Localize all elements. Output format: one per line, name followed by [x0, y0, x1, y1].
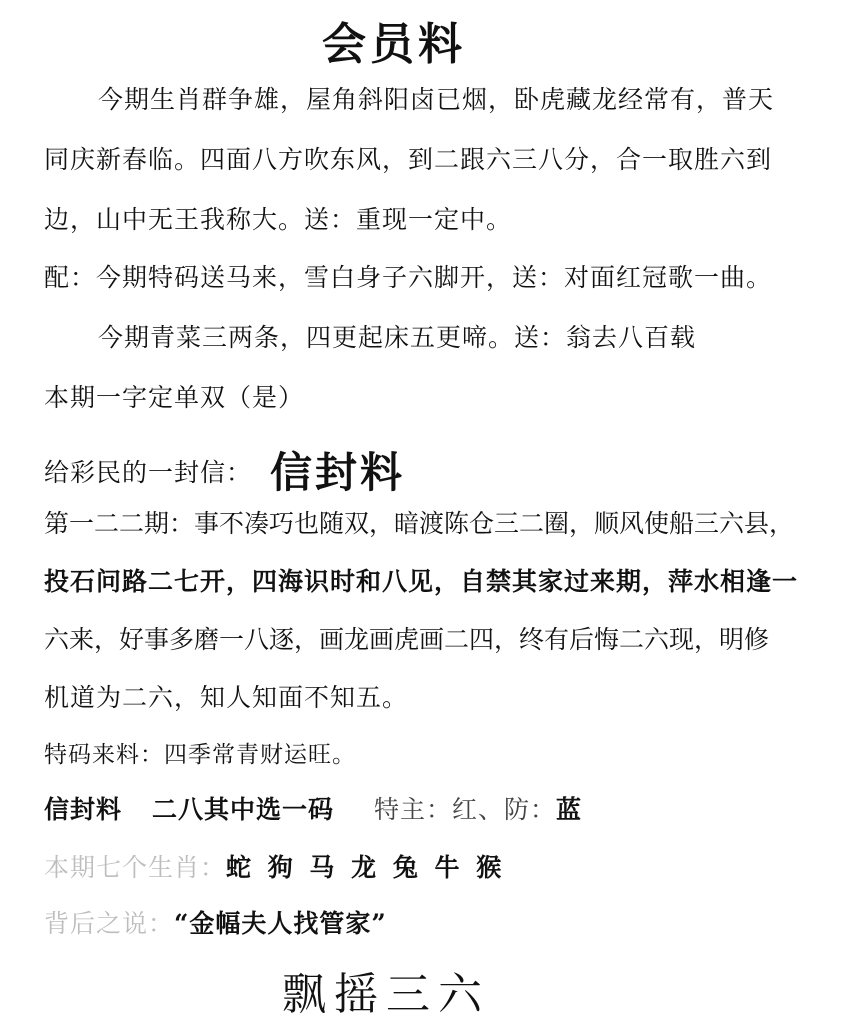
letter-line-3: 六来，好事多磨一八逐，画龙画虎画二四，终有后悔二六现，明修	[44, 620, 769, 656]
saying-line: 背后之说：“金幅夫人找管家”	[44, 904, 387, 940]
poem-line-1: 今期生肖群争雄，屋角斜阳卤已烟，卧虎藏龙经常有，普天	[98, 80, 774, 116]
letter-line-2: 投石问路二七开，四海识时和八见，自禁其家过来期，萍水相逢一	[44, 562, 798, 598]
poem-line-6: 本期一字定单双（是）	[44, 378, 304, 414]
poem-line-4: 配：今期特码送马来，雪白身子六脚开，送：对面红冠歌一曲。	[44, 258, 772, 294]
letter-prefix: 给彩民的一封信：	[44, 458, 252, 487]
envelope-pick: 二八其中选一码	[152, 795, 334, 824]
letter-heading: 给彩民的一封信：信封料	[44, 440, 405, 500]
zodiac-label: 本期七个生肖：	[44, 853, 226, 882]
zodiac-line: 本期七个生肖：蛇 狗 马 龙 兔 牛 猴	[44, 848, 505, 884]
footer-title: 飘摇三六	[282, 958, 490, 1022]
page-title: 会员料	[322, 8, 466, 72]
letter-line-4: 机道为二六，知人知面不知五。	[44, 678, 408, 714]
saying-text: “金幅夫人找管家”	[174, 909, 387, 938]
envelope-pick-line: 信封料二八其中选一码特主：红、防：蓝	[44, 790, 582, 826]
letter-title: 信封料	[270, 448, 405, 497]
letter-line-1: 第一二二期：事不凑巧也随双，暗渡陈仓三二圈，顺风使船三六县，	[44, 504, 794, 540]
poem-line-5: 今期青菜三两条，四更起床五更啼。送：翁去八百载	[98, 318, 696, 354]
zodiac-list: 蛇 狗 马 龙 兔 牛 猴	[226, 853, 505, 882]
main-label: 特主：红、防：	[374, 795, 556, 824]
envelope-label: 信封料	[44, 795, 122, 824]
poem-line-3: 边，山中无王我称大。送：重现一定中。	[44, 200, 512, 236]
poem-line-2: 同庆新春临。四面八方吹东风，到二跟六三八分，合一取胜六到	[44, 140, 772, 176]
main-color: 蓝	[556, 795, 582, 824]
special-line-1: 特码来料：四季常青财运旺。	[44, 736, 356, 769]
saying-label: 背后之说：	[44, 909, 174, 938]
